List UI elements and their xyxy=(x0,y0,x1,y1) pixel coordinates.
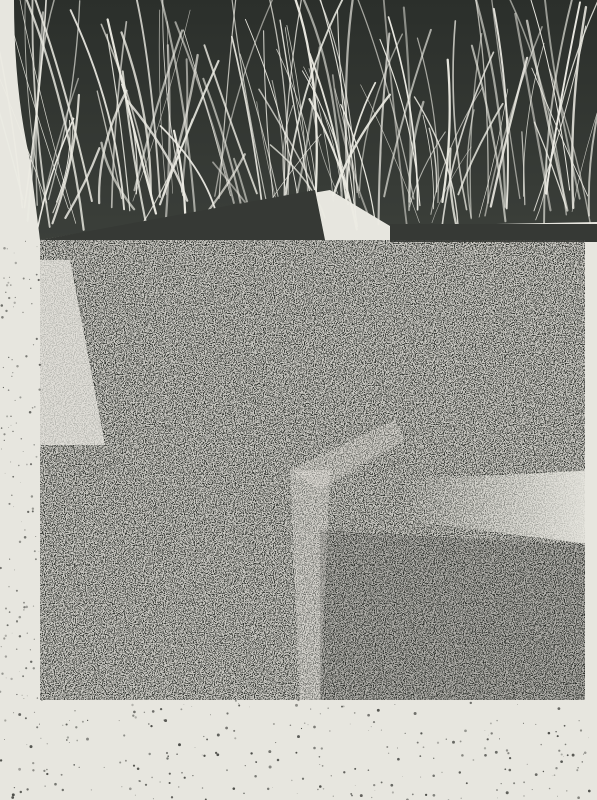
speckled-field xyxy=(40,240,597,700)
abstract-photogram xyxy=(0,0,597,800)
right-bar xyxy=(390,224,597,242)
